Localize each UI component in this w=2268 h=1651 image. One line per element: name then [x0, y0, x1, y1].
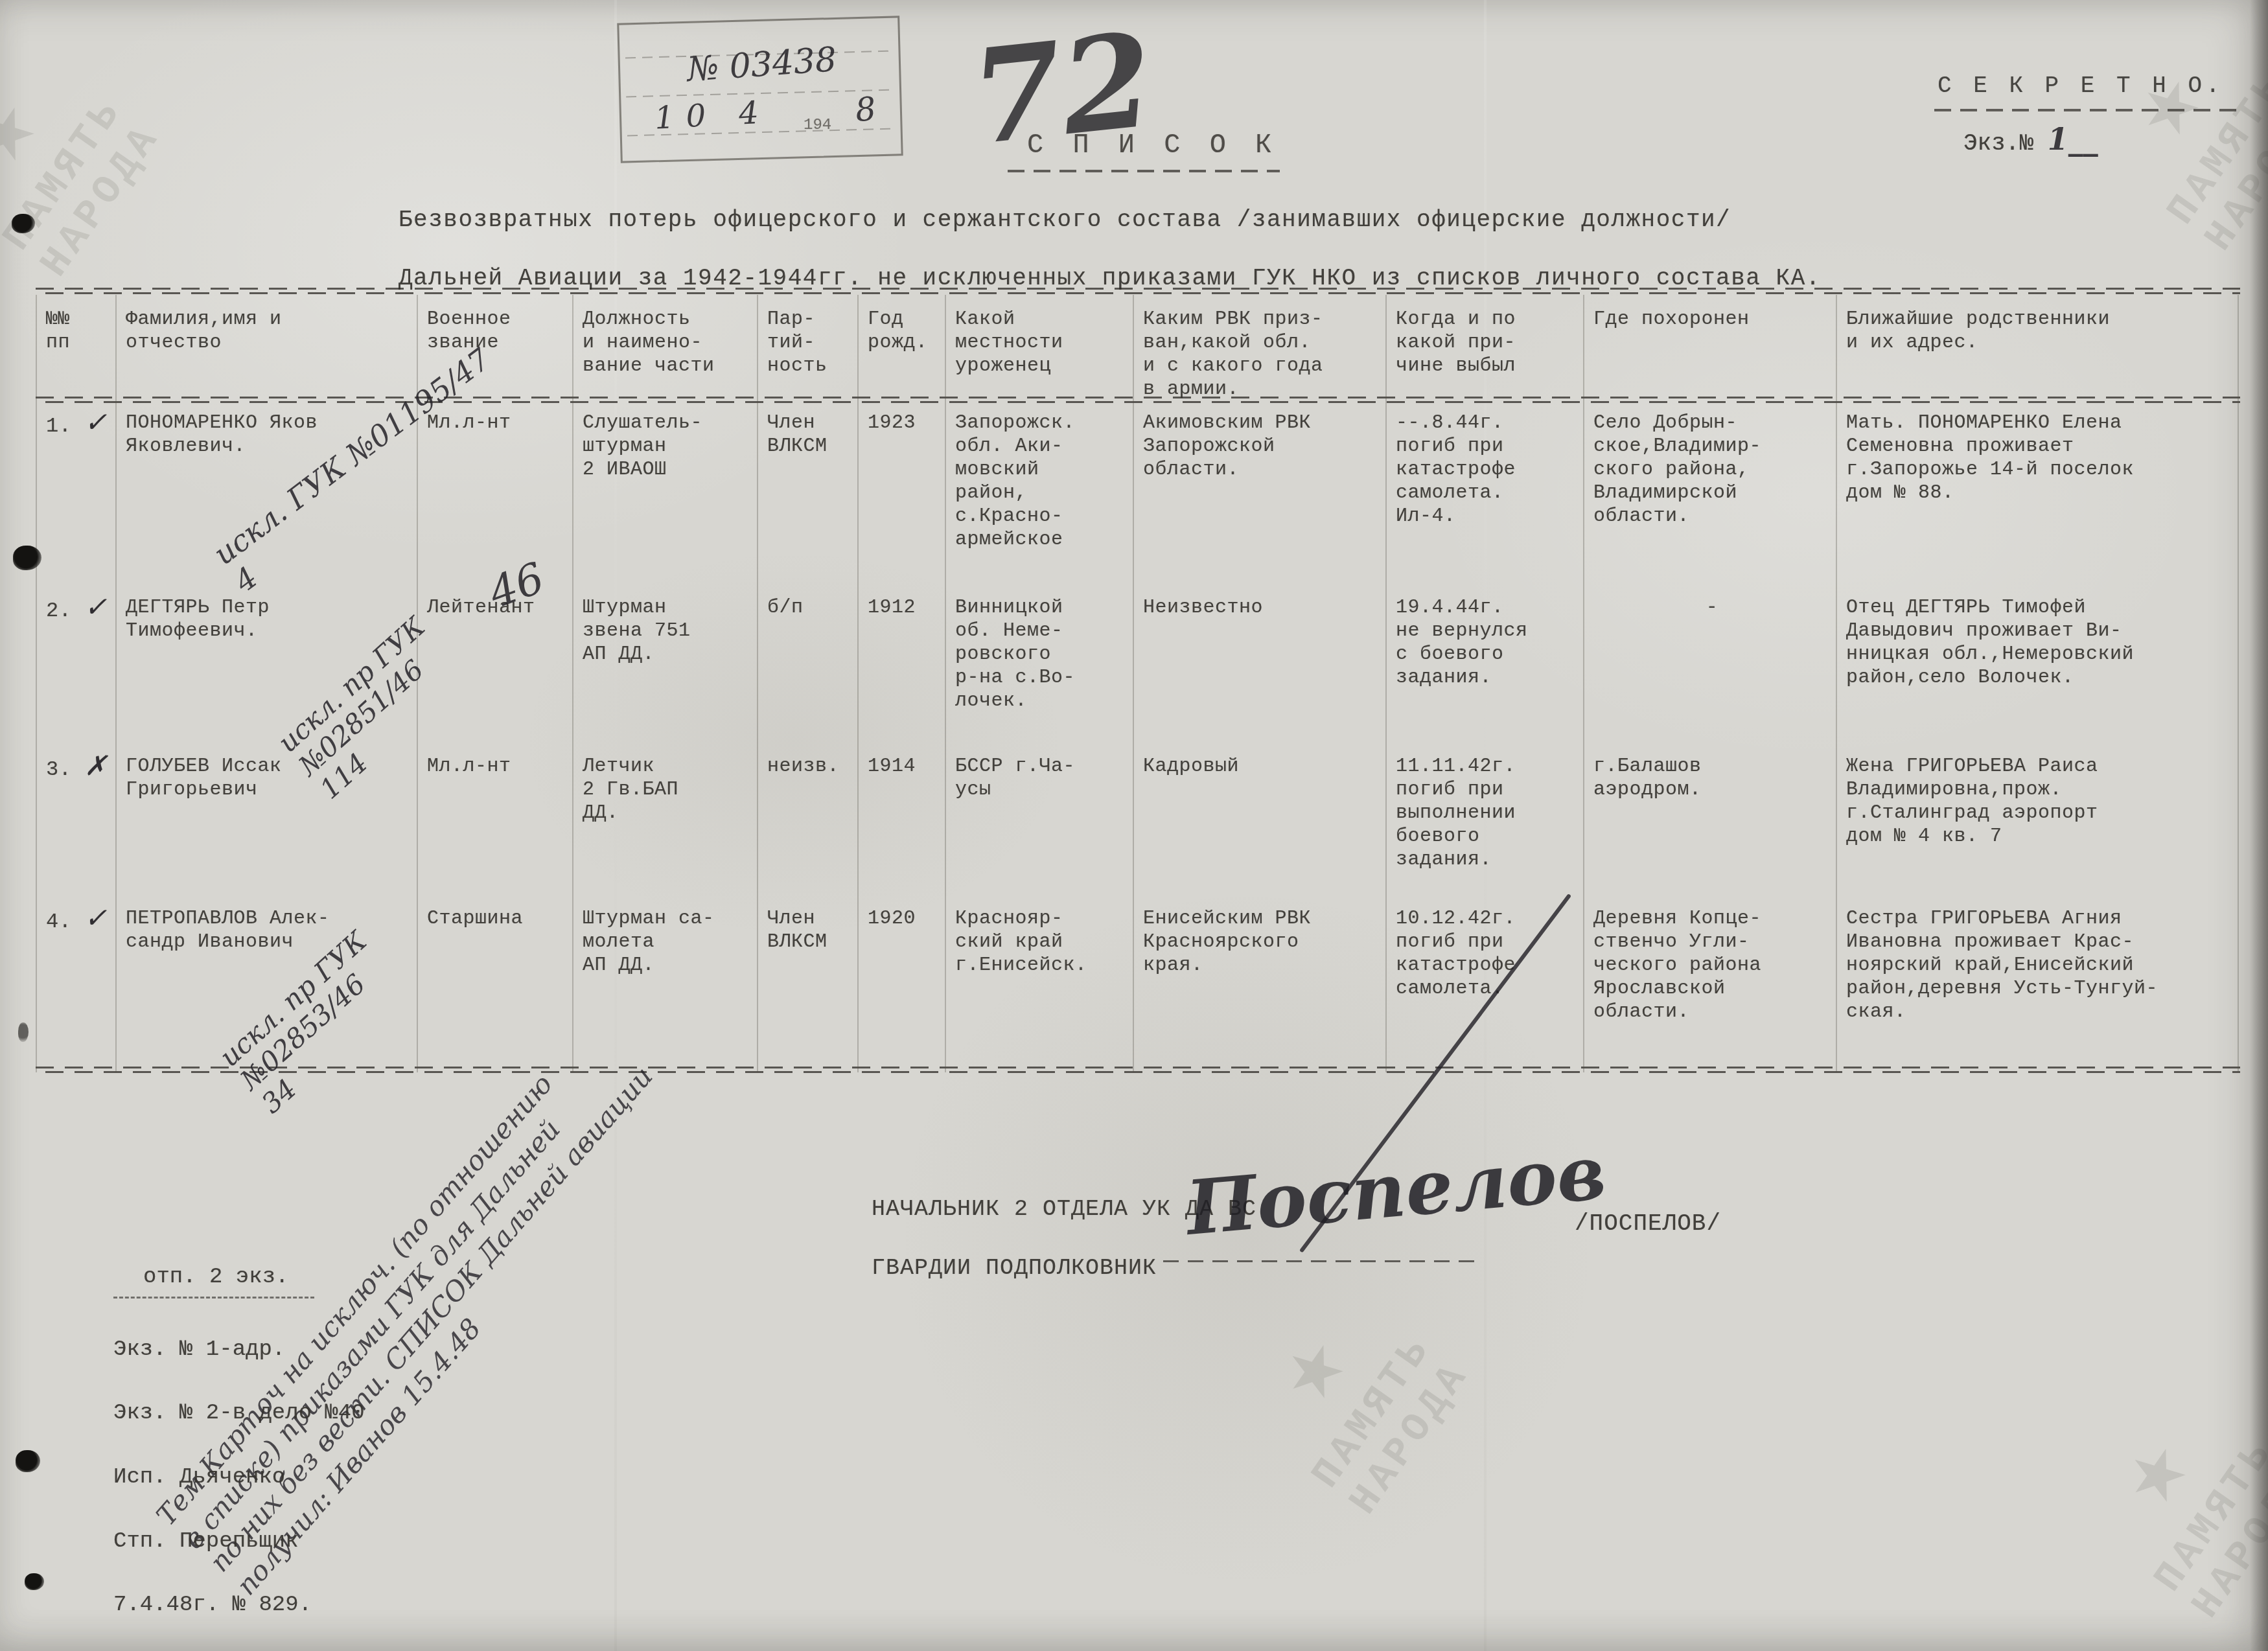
- signer-position-line-2: ГВАРДИИ ПОДПОЛКОВНИК: [872, 1254, 1256, 1284]
- copy-number-line: Экз.№ 1__: [1963, 122, 2098, 157]
- row-number: 1.: [46, 414, 71, 438]
- table-row-1-party: Член ВЛКСМ: [758, 405, 859, 590]
- col-header-birth-year: Год рожд.: [859, 295, 946, 405]
- footer-copy2-line: Экз. № 2-в дело №40: [113, 1398, 365, 1429]
- table-row-1-relatives: Мать. ПОНОМАРЕНКО Елена Семеновна прожив…: [1837, 405, 2239, 590]
- archive-watermark: ★ ПАМЯТЬ НАРОДА: [1223, 1271, 1479, 1523]
- document-type-title: С П И С О К: [1027, 130, 1278, 161]
- subtitle-line-1: Безвозвратных потерь офицерского и сержа…: [399, 205, 1821, 235]
- col-header-rvk: Каким РВК приз- ван,какой обл. и с каког…: [1134, 295, 1387, 405]
- table-row-1-burial: Село Добрын- ское,Владимир- ского района…: [1584, 405, 1837, 590]
- table-row-3-rvk: Кадровый: [1134, 748, 1387, 901]
- table-row-1-rvk: Акимовским РВК Запорожской области.: [1134, 405, 1387, 590]
- watermark-text: НАРОДА: [2183, 1457, 2268, 1627]
- registration-stamp: [617, 16, 903, 163]
- archive-watermark: ★ ПАМЯТЬ НАРОДА: [0, 33, 170, 286]
- row-number: 3.: [46, 757, 71, 781]
- row-checkmark: ✗: [84, 750, 108, 781]
- table-row-4-num: 4. ✓: [36, 901, 117, 1072]
- stamp-date: 10 4: [654, 94, 772, 136]
- col-header-duty: Должность и наимено- вание части: [573, 295, 758, 405]
- title-underline: [1008, 170, 1280, 172]
- archive-watermark: ★ ПАМЯТЬ НАРОДА: [2066, 1374, 2268, 1627]
- table-row-4-burial: Деревня Копце- ственчо Угли- ческого рай…: [1584, 901, 1837, 1072]
- col-header-party: Пар- тий- ность: [758, 295, 859, 405]
- punch-hole: [25, 1573, 44, 1590]
- row-checkmark: ✓: [84, 902, 108, 934]
- row-number: 2.: [46, 599, 71, 623]
- col-header-num: №№ пп: [36, 295, 117, 405]
- table-row-4-origin: Краснояр- ский край г.Енисейск.: [946, 901, 1134, 1072]
- star-icon: ★: [2066, 1374, 2246, 1574]
- table-row-4-birth-year: 1920: [859, 901, 946, 1072]
- table-row-3-fate: 11.11.42г. погиб при выполнении боевого …: [1387, 748, 1584, 901]
- punch-hole: [16, 1450, 40, 1472]
- watermark-text: НАРОДА: [32, 115, 170, 286]
- archive-watermark: ★ ПАМЯТЬ НАРОДА: [2079, 7, 2268, 260]
- table-row-3-burial: г.Балашов аэродром.: [1584, 748, 1837, 901]
- table-row-2-burial: -: [1584, 590, 1837, 748]
- table-top-rule: [36, 288, 2240, 295]
- watermark-text: ПАМЯТЬ: [2146, 1430, 2268, 1600]
- table-row-1-birth-year: 1923: [859, 405, 946, 590]
- table-row-3-relatives: Жена ГРИГОРЬЕВА Раиса Владимировна,прож.…: [1837, 748, 2239, 901]
- footer-copies-line: отп. 2 экз.: [113, 1262, 314, 1298]
- table-row-2-origin: Винницкой об. Неме- ровского р-на с.Во- …: [946, 590, 1134, 748]
- stamp-year-print: 194: [804, 117, 831, 134]
- row-number: 4.: [46, 910, 71, 934]
- table-row-2-party: б/п: [758, 590, 859, 748]
- copies-footer-block: отп. 2 экз. Экз. № 1-адр. Экз. № 2-в дел…: [113, 1230, 365, 1651]
- handwritten-signature: Поспелов: [1183, 1129, 1609, 1253]
- table-row-2-rvk: Неизвестно: [1134, 590, 1387, 748]
- table-row-2-relatives: Отец ДЕГТЯРЬ Тимофей Давыдович проживает…: [1837, 590, 2239, 748]
- table-row-1-num: 1. ✓: [36, 405, 117, 590]
- star-icon: ★: [2079, 7, 2259, 207]
- table-row-2-duty: Штурман звена 751 АП ДД.: [573, 590, 758, 748]
- copy-number-value: 1__: [2048, 122, 2098, 157]
- footer-copy1-line: Экз. № 1-адр.: [113, 1334, 365, 1366]
- watermark-text: ПАМЯТЬ: [1303, 1326, 1442, 1497]
- col-header-origin: Какой местности уроженец: [946, 295, 1134, 405]
- table-row-4-relatives: Сестра ГРИГОРЬЕВА Агния Ивановна прожива…: [1837, 901, 2239, 1072]
- copy-label: Экз.№: [1963, 130, 2048, 157]
- footer-typist-line: Стп. Перепьщик: [113, 1526, 365, 1558]
- table-row-2-birth-year: 1912: [859, 590, 946, 748]
- table-row-1-duty: Слушатель- штурман 2 ИВАОШ: [573, 405, 758, 590]
- typed-signer-name: /ПОСПЕЛОВ/: [1575, 1210, 1721, 1237]
- row-checkmark: ✓: [84, 591, 108, 623]
- table-row-4-rank: Старшина: [418, 901, 573, 1072]
- footer-executor-line: Исп. Дьяченко: [113, 1462, 365, 1494]
- table-row-4-fate: 10.12.42г. погиб при катастрофе самолета…: [1387, 901, 1584, 1072]
- signature-underline: [1163, 1260, 1474, 1262]
- table-row-3-origin: БССР г.Ча- усы: [946, 748, 1134, 901]
- table-row-4-rvk: Енисейским РВК Красноярского края.: [1134, 901, 1387, 1072]
- table-row-3-name: ГОЛУБЕВ Иссак Григорьевич: [117, 748, 418, 901]
- table-row-3-rank: Мл.л-нт: [418, 748, 573, 901]
- col-header-name: Фамилия,имя и отчество: [117, 295, 418, 405]
- col-header-fate: Когда и по какой при- чине выбыл: [1387, 295, 1584, 405]
- table-row-3-num: 3. ✗: [36, 748, 117, 901]
- footer-date-number-line: 7.4.48г. № 829.: [113, 1589, 365, 1621]
- watermark-text: НАРОДА: [2196, 89, 2268, 260]
- scanned-document-page: ★ ПАМЯТЬ НАРОДА ★ ПАМЯТЬ НАРОДА ★ ПАМЯТЬ…: [0, 0, 2268, 1651]
- col-header-relatives: Ближайшие родственники и их адрес.: [1837, 295, 2239, 405]
- watermark-text: ПАМЯТЬ: [0, 89, 133, 259]
- secrecy-underline: [1934, 109, 2245, 111]
- secrecy-label: С Е К Р Е Т Н О.: [1938, 73, 2224, 99]
- punch-hole: [12, 214, 35, 233]
- col-header-burial: Где похоронен: [1584, 295, 1837, 405]
- star-icon: ★: [0, 33, 95, 233]
- table-row-2-fate: 19.4.44г. не вернулся с боевого задания.: [1387, 590, 1584, 748]
- ink-blemish: [18, 1022, 29, 1042]
- table-row-1-origin: Запорожск. обл. Аки- мовский район, с.Кр…: [946, 405, 1134, 590]
- stamp-date-extra: 8: [853, 89, 878, 129]
- row-checkmark: ✓: [84, 406, 108, 438]
- table-row-1-fate: --.8.44г. погиб при катастрофе самолета.…: [1387, 405, 1584, 590]
- table-row-2-num: 2. ✓: [36, 590, 117, 748]
- watermark-text: НАРОДА: [1341, 1353, 1479, 1523]
